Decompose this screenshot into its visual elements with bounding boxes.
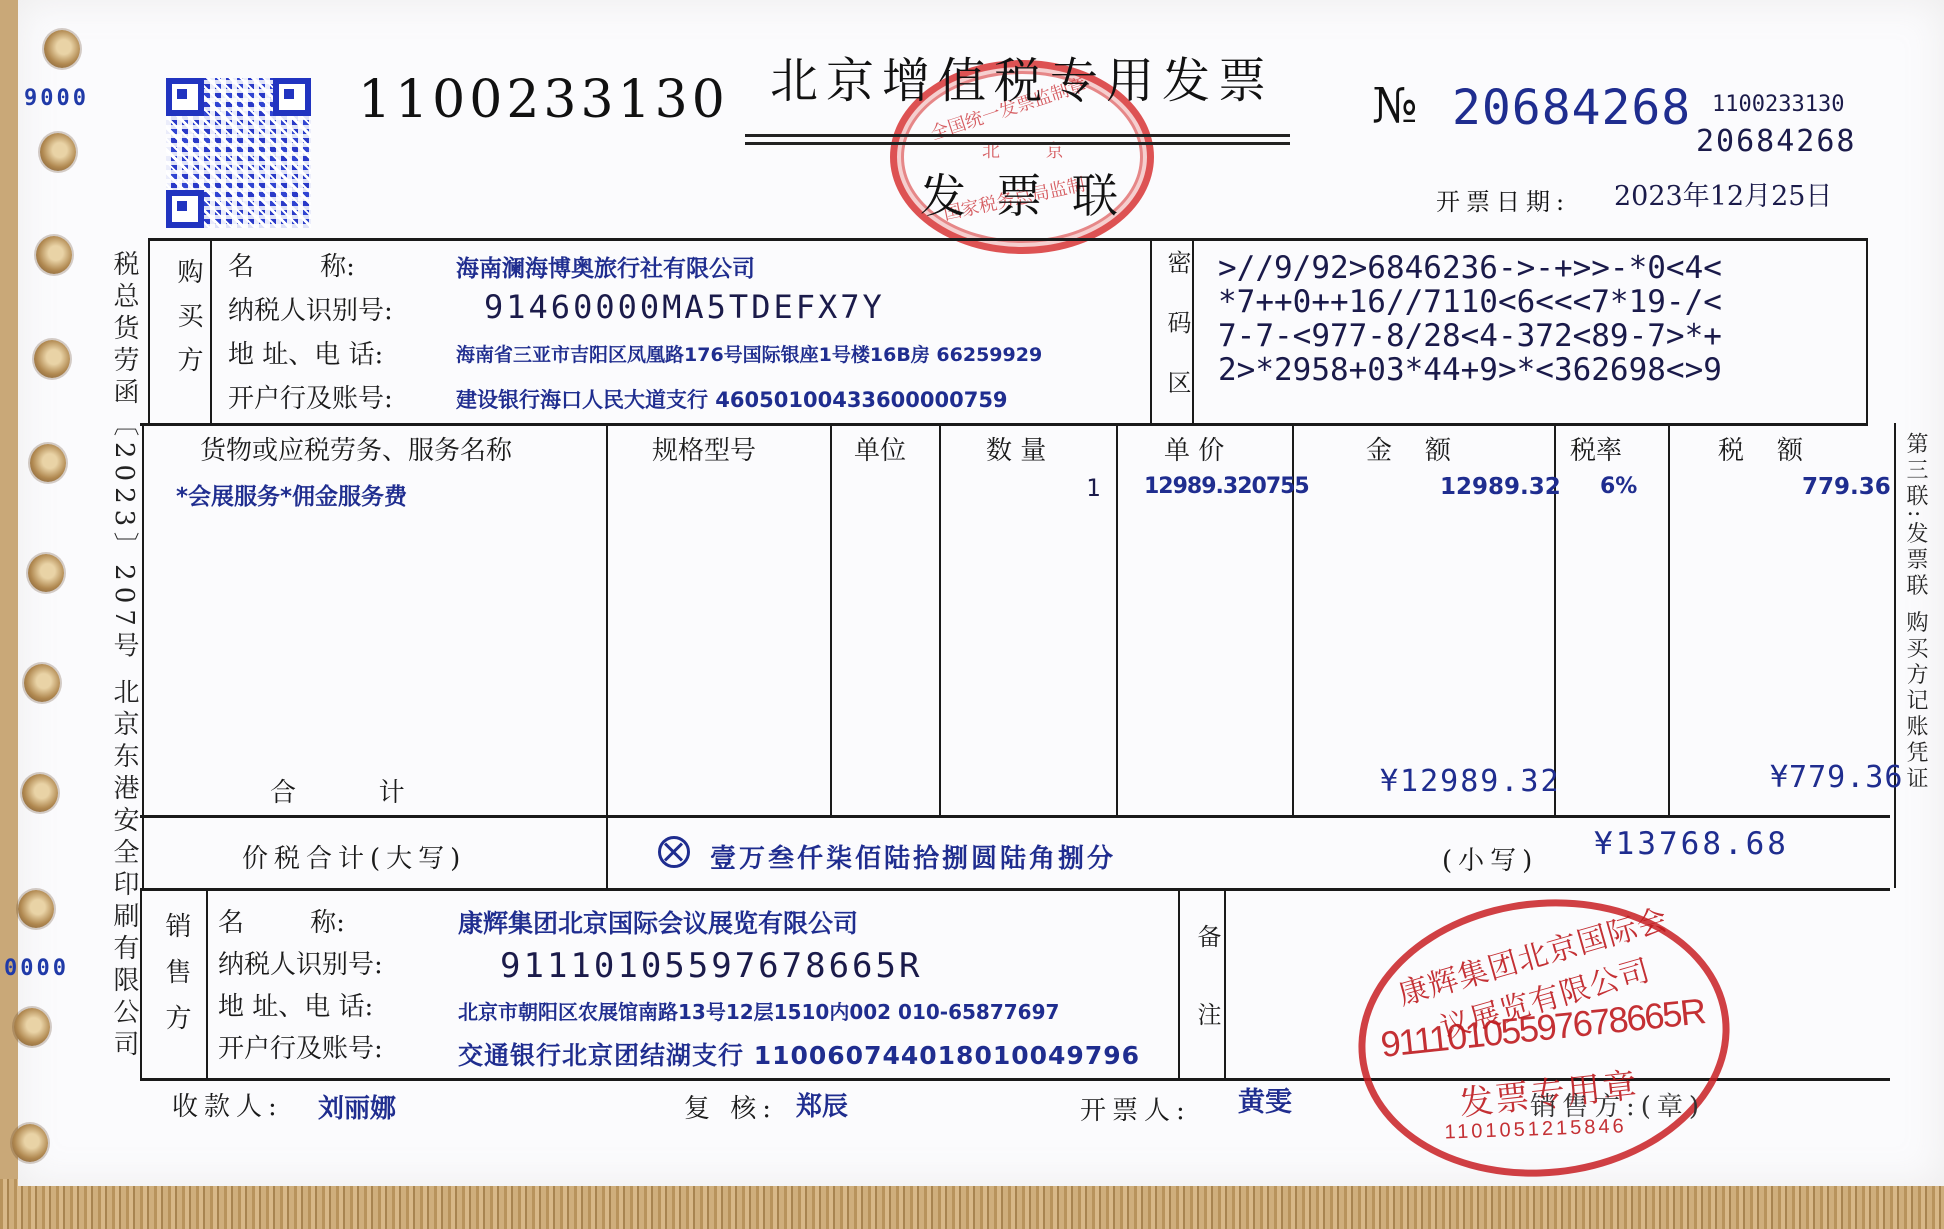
item-tax-rate: 6% <box>1600 474 1637 499</box>
title-underline <box>745 142 1290 145</box>
item-tax: 779.36 <box>1802 474 1891 500</box>
seller-tax-id-label: 纳税人识别号: <box>218 944 383 981</box>
perforation-hole <box>40 133 76 171</box>
seller-section-label: 销售方 <box>158 912 195 1050</box>
issuer: 黄雯 <box>1238 1080 1292 1119</box>
title-underline <box>745 134 1290 137</box>
grand-total-circle-x-icon <box>658 836 690 868</box>
payee: 刘丽娜 <box>318 1088 396 1125</box>
perforation-hole <box>14 1008 50 1046</box>
total-amount: ¥12989.32 <box>1380 764 1561 799</box>
buyer-bank-account: 建设银行海口人民大道支行 46050100433600000759 <box>456 384 1008 414</box>
issue-date: 2023年12月25日 <box>1614 174 1832 213</box>
grand-total-label: 价税合计(大写) <box>242 838 466 875</box>
seller-bank-label: 开户行及账号: <box>218 1028 383 1065</box>
seller-tax-id: 91110105597678665R <box>500 946 922 986</box>
item-name: *会展服务*佣金服务费 <box>176 478 407 511</box>
buyer-name: 海南澜海博奥旅行社有限公司 <box>456 250 755 283</box>
col-header-quantity: 数 量 <box>986 430 1046 467</box>
perforation-hole <box>22 774 58 812</box>
cipher-line: 2>*2958+03*44+9>*<362698<>9 <box>1218 352 1722 388</box>
buyer-tax-id: 91460000MA5TDEFX7Y <box>484 288 885 326</box>
invoice-code: 1100233130 <box>358 70 729 130</box>
cipher-zone-label: 密码区 <box>1160 250 1195 430</box>
perforation-hole <box>24 664 60 702</box>
perforation-hole <box>36 236 72 274</box>
col-header-tax-rate: 税率 <box>1570 430 1622 467</box>
item-amount: 12989.32 <box>1440 474 1561 500</box>
perforation-hole <box>12 1124 48 1162</box>
total-tax: ¥779.36 <box>1770 760 1903 795</box>
col-header-tax: 税 额 <box>1718 430 1803 467</box>
item-quantity: 1 <box>1086 474 1100 502</box>
buyer-tax-id-label: 纳税人识别号: <box>228 290 393 327</box>
buyer-section-label: 购买方 <box>170 258 207 390</box>
issuer-label: 开票人: <box>1080 1090 1191 1127</box>
buyer-bank-label: 开户行及账号: <box>228 378 393 415</box>
invoice-number: 20684268 <box>1452 80 1691 136</box>
seller-name: 康辉集团北京国际会议展览有限公司 <box>458 904 858 940</box>
col-header-spec: 规格型号 <box>652 430 756 467</box>
margin-code-top: 9000 <box>24 86 89 111</box>
cipher-line: 7-7-<977-8/28<4-372<89-7>*+ <box>1218 318 1722 354</box>
seller-bank-account: 交通银行北京团结湖支行 110060744018010049796 <box>458 1036 1140 1072</box>
qr-code <box>166 78 311 228</box>
cipher-line: *7++0++16//7110<6<<<7*19-/< <box>1218 284 1722 320</box>
grand-total-small-label: (小写) <box>1442 840 1538 877</box>
invoice-number-printed: 20684268 <box>1696 124 1857 159</box>
reviewer-label: 复 核: <box>684 1088 777 1125</box>
seller-address-phone: 北京市朝阳区农展馆南路13号12层1510内002 010-65877697 <box>458 996 1059 1025</box>
item-unit-price: 12989.320755 <box>1144 474 1309 499</box>
col-header-item-name: 货物或应税劳务、服务名称 <box>200 430 512 467</box>
perforation-hole <box>28 554 64 592</box>
grand-total-figures: ¥13768.68 <box>1594 826 1789 862</box>
copy-designation-text: 第三联:发票联 购买方记账凭证 <box>1900 432 1931 792</box>
total-label: 合 计 <box>270 772 405 809</box>
payee-label: 收款人: <box>172 1086 283 1123</box>
grand-total-words: 壹万叁仟柒佰陆拾捌圆陆角捌分 <box>710 838 1116 875</box>
invoice-code-printed: 1100233130 <box>1712 92 1844 117</box>
perforation-hole <box>30 444 66 482</box>
seller-name-label: 名 称: <box>218 902 345 939</box>
reviewer: 郑辰 <box>796 1086 848 1123</box>
seller-address-label: 地 址、电 话: <box>218 986 373 1023</box>
buyer-address-label: 地 址、电 话: <box>228 334 383 371</box>
col-header-unit: 单位 <box>854 430 906 467</box>
perforation-hole <box>18 890 54 928</box>
issue-date-label: 开票日期: <box>1436 182 1570 217</box>
number-sign: № <box>1372 78 1417 134</box>
seller-seal-label: 销售方:(章) <box>1530 1086 1705 1123</box>
cipher-line: >//9/92>6846236->-+>>-*0<4< <box>1218 250 1722 286</box>
col-header-amount: 金 额 <box>1366 430 1451 467</box>
remarks-label: 备注 <box>1190 924 1225 1080</box>
wood-desk-background <box>0 1179 1944 1229</box>
buyer-name-label: 名 称: <box>228 246 355 283</box>
invoice-title: 北京增值税专用发票 <box>770 42 1274 111</box>
buyer-address-phone: 海南省三亚市吉阳区凤凰路176号国际银座1号楼16B房 66259929 <box>456 340 1042 367</box>
margin-code-bottom: 0000 <box>4 956 69 981</box>
printer-license-text: 税总货劳函〔2023〕207号 北京东港安全印刷有限公司 <box>106 250 143 1062</box>
invoice-copy-type: 发票联 <box>920 160 1148 226</box>
col-header-unit-price: 单 价 <box>1164 430 1224 467</box>
perforation-hole <box>44 30 80 68</box>
perforation-hole <box>34 340 70 378</box>
